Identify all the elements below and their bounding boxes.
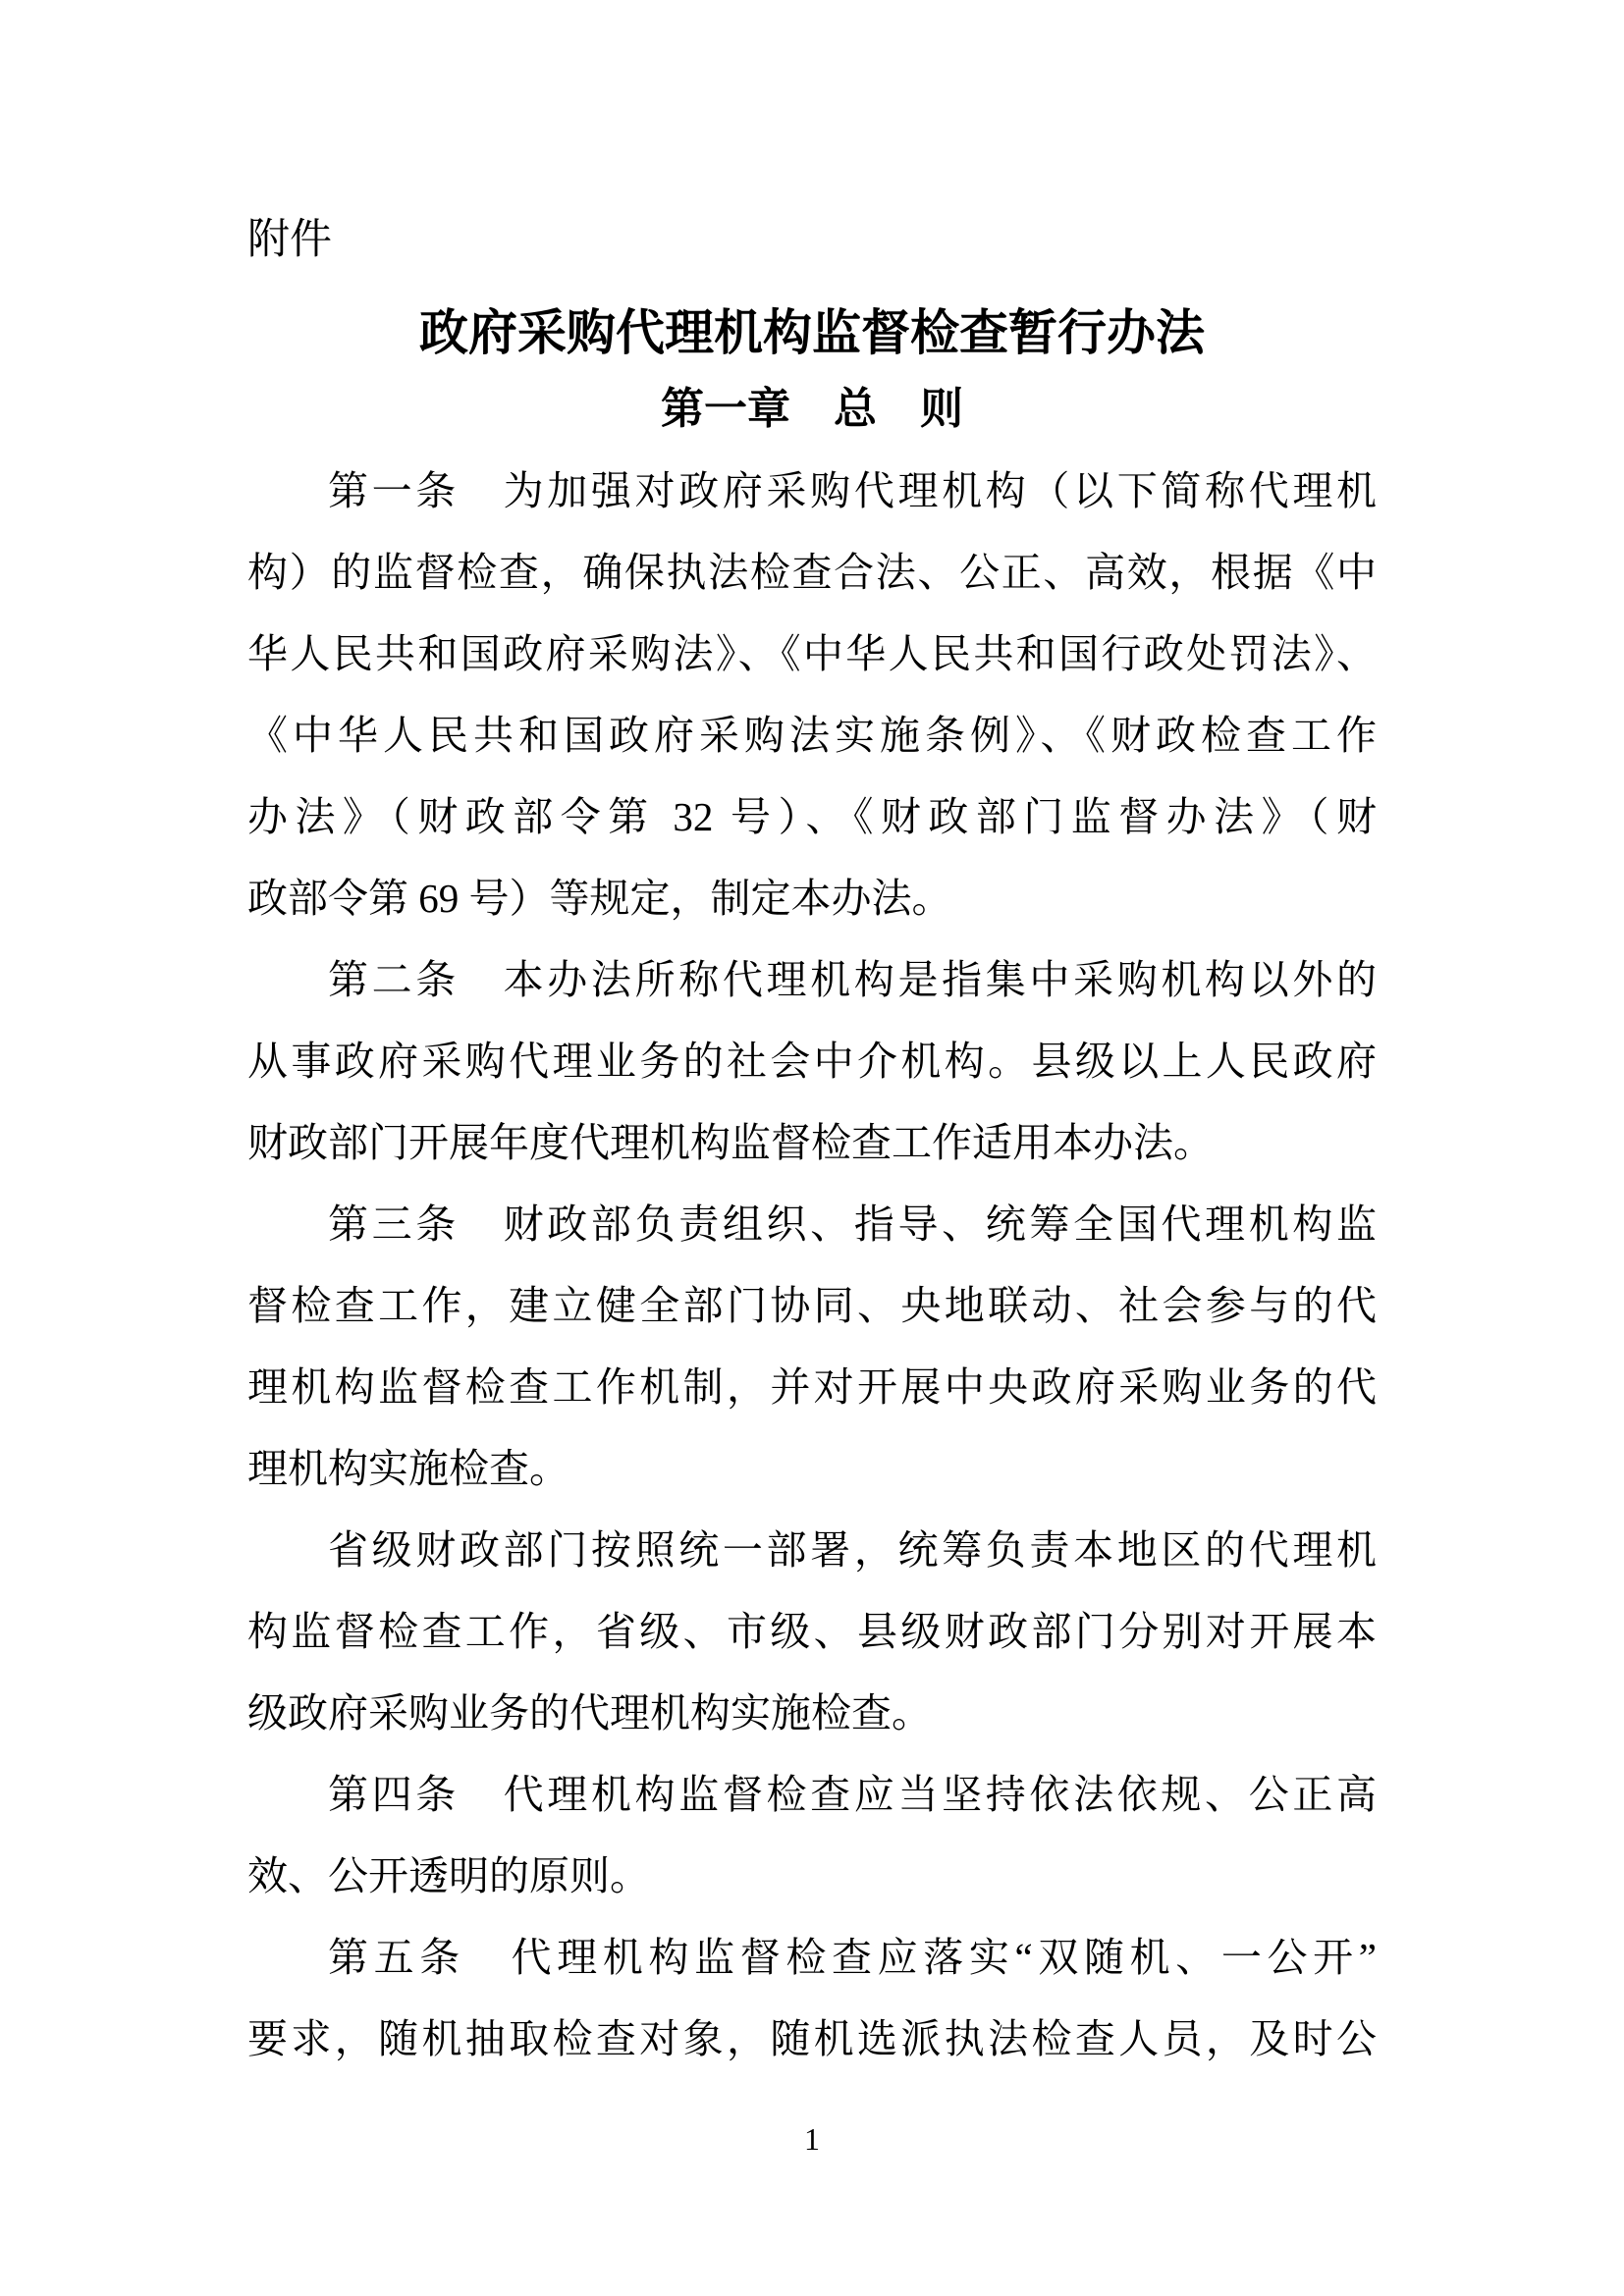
document-body: 第一条 为加强对政府采购代理机构（以下简称代理机 构）的监督检查，确保执法检查合… — [247, 451, 1377, 2080]
body-line: 财政部门开展年度代理机构监督检查工作适用本办法。 — [247, 1102, 1377, 1184]
chapter-heading: 第一章 总 则 — [247, 386, 1377, 433]
body-line: 从事政府采购代理业务的社会中介机构。县级以上人民政府 — [247, 1021, 1377, 1102]
body-line: 省级财政部门按照统一部署，统筹负责本地区的代理机 — [247, 1510, 1377, 1591]
body-line: 《中华人民共和国政府采购法实施条例》、《财政检查工作 — [247, 695, 1377, 776]
body-line: 办法》（财政部令第 32 号）、《财政部门监督办法》（财 — [247, 776, 1377, 858]
body-line: 第四条 代理机构监督检查应当坚持依法依规、公正高 — [247, 1754, 1377, 1836]
body-line: 第一条 为加强对政府采购代理机构（以下简称代理机 — [247, 451, 1377, 532]
body-line: 级政府采购业务的代理机构实施检查。 — [247, 1673, 1377, 1754]
attachment-label: 附件 — [247, 0, 1377, 263]
body-line: 理机构实施检查。 — [247, 1428, 1377, 1510]
body-line: 理机构监督检查工作机制，并对开展中央政府采购业务的代 — [247, 1347, 1377, 1428]
document-page: 附件 政府采购代理机构监督检查暂行办法 第一章 总 则 第一条 为加强对政府采购… — [0, 0, 1624, 2296]
body-line: 第二条 本办法所称代理机构是指集中采购机构以外的 — [247, 939, 1377, 1021]
body-line: 构监督检查工作，省级、市级、县级财政部门分别对开展本 — [247, 1591, 1377, 1673]
body-line: 第五条 代理机构监督检查应落实“双随机、一公开” — [247, 1917, 1377, 1999]
body-line: 华人民共和国政府采购法》、《中华人民共和国行政处罚法》、 — [247, 614, 1377, 695]
body-line: 要求，随机抽取检查对象，随机选派执法检查人员，及时公 — [247, 1999, 1377, 2080]
body-line: 政部令第 69 号）等规定，制定本办法。 — [247, 858, 1377, 939]
body-line: 效、公开透明的原则。 — [247, 1836, 1377, 1917]
page-number: 1 — [0, 2121, 1624, 2157]
document-title: 政府采购代理机构监督检查暂行办法 — [247, 304, 1377, 361]
body-line: 第三条 财政部负责组织、指导、统筹全国代理机构监 — [247, 1184, 1377, 1265]
body-line: 督检查工作，建立健全部门协同、央地联动、社会参与的代 — [247, 1265, 1377, 1347]
body-line: 构）的监督检查，确保执法检查合法、公正、高效，根据《中 — [247, 532, 1377, 614]
